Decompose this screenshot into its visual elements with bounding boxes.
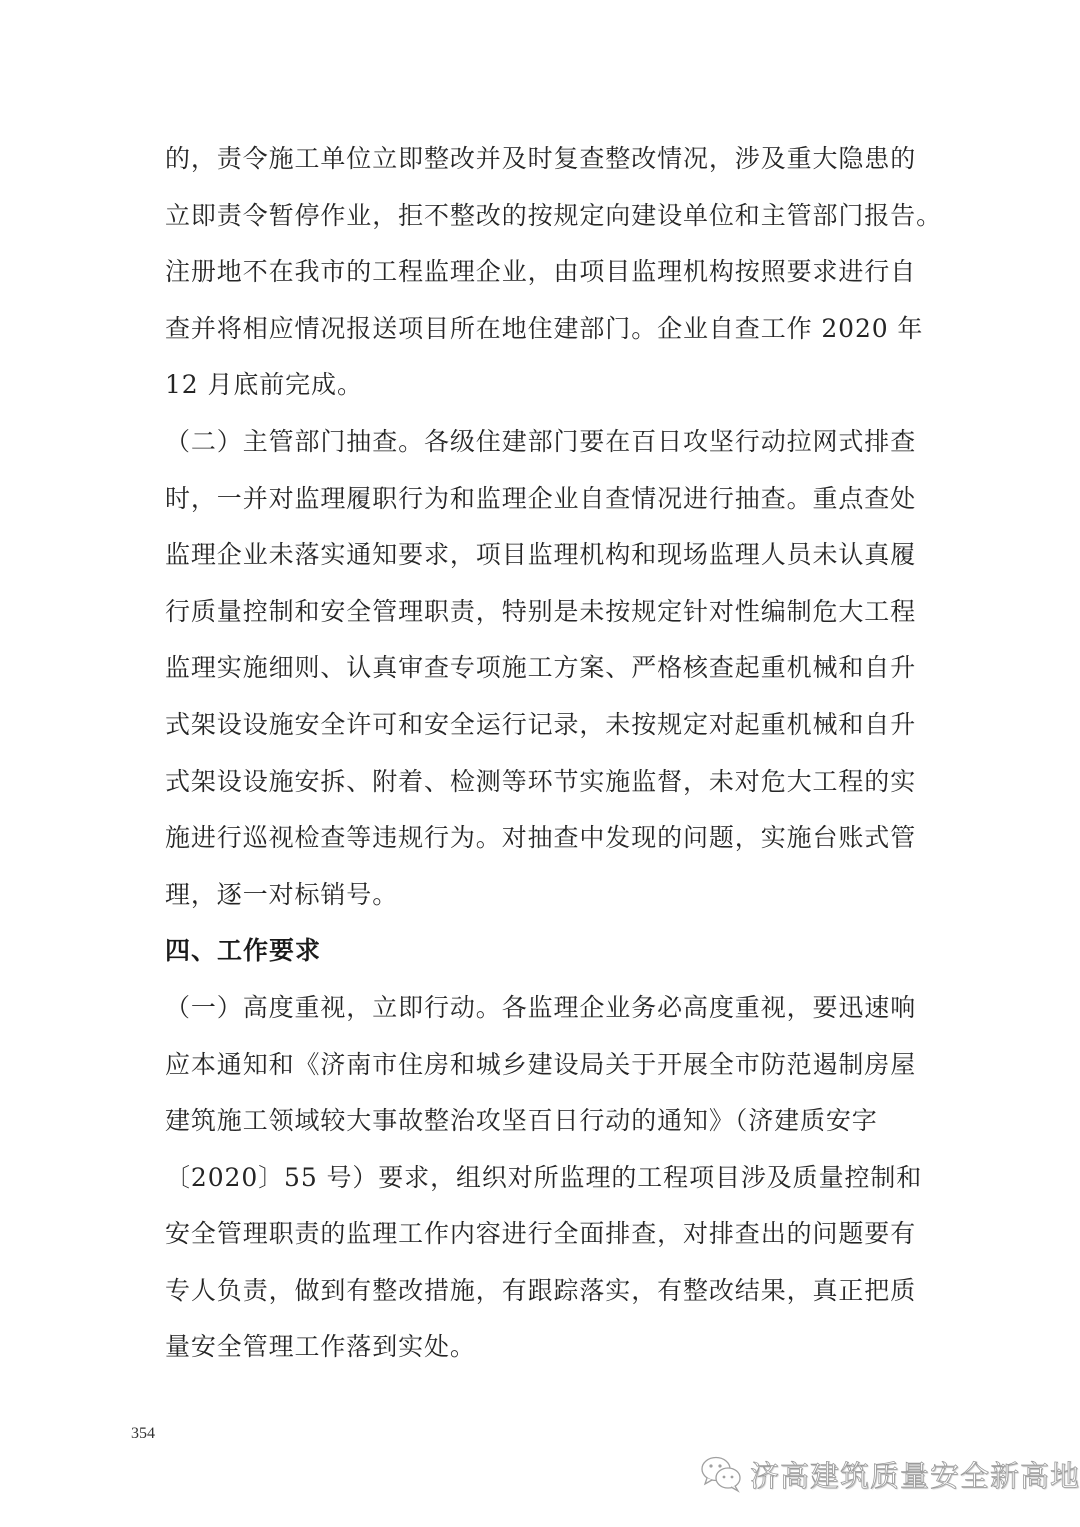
text-line: 安全管理职责的监理工作内容进行全面排查，对排查出的问题要有 — [165, 1206, 925, 1263]
text-line: （一）高度重视，立即行动。各监理企业务必高度重视，要迅速响 — [165, 980, 925, 1037]
text-line: 监理企业未落实通知要求，项目监理机构和现场监理人员未认真履 — [165, 527, 925, 584]
text-line: 理，逐一对标销号。 — [165, 867, 925, 924]
wechat-icon — [700, 1454, 744, 1494]
text-line: 建筑施工领域较大事故整治攻坚百日行动的通知》（济建质安字 — [165, 1093, 925, 1150]
text-line: 立即责令暂停作业，拒不整改的按规定向建设单位和主管部门报告。 — [165, 188, 925, 245]
watermark-text: 济高建筑质量安全新高地 — [750, 1454, 1080, 1495]
text-line: 时，一并对监理履职行为和监理企业自查情况进行抽查。重点查处 — [165, 471, 925, 528]
text-line: 量安全管理工作落到实处。 — [165, 1319, 925, 1376]
document-body: 的，责令施工单位立即整改并及时复查整改情况，涉及重大隐患的 立即责令暂停作业，拒… — [165, 131, 925, 1376]
text-line: 施进行巡视检查等违规行为。对抽查中发现的问题，实施台账式管 — [165, 810, 925, 867]
page-number: 354 — [131, 1425, 155, 1443]
document-page: 的，责令施工单位立即整改并及时复查整改情况，涉及重大隐患的 立即责令暂停作业，拒… — [0, 0, 1080, 1527]
watermark: 济高建筑质量安全新高地 — [700, 1452, 1080, 1496]
text-line: 式架设设施安全许可和安全运行记录，未按规定对起重机械和自升 — [165, 697, 925, 754]
text-line: 12 月底前完成。 — [165, 357, 925, 414]
text-line: 行质量控制和安全管理职责，特别是未按规定针对性编制危大工程 — [165, 584, 925, 641]
text-line: 专人负责，做到有整改措施，有跟踪落实，有整改结果，真正把质 — [165, 1263, 925, 1320]
text-line: 〔2020〕55 号）要求，组织对所监理的工程项目涉及质量控制和 — [165, 1150, 925, 1207]
text-line: 查并将相应情况报送项目所在地住建部门。企业自查工作 2020 年 — [165, 301, 925, 358]
text-line: 应本通知和《济南市住房和城乡建设局关于开展全市防范遏制房屋 — [165, 1037, 925, 1094]
text-line: 监理实施细则、认真审查专项施工方案、严格核查起重机械和自升 — [165, 640, 925, 697]
text-line: （二）主管部门抽查。各级住建部门要在百日攻坚行动拉网式排查 — [165, 414, 925, 471]
section-heading: 四、工作要求 — [165, 923, 925, 980]
text-line: 注册地不在我市的工程监理企业，由项目监理机构按照要求进行自 — [165, 244, 925, 301]
text-line: 的，责令施工单位立即整改并及时复查整改情况，涉及重大隐患的 — [165, 131, 925, 188]
text-line: 式架设设施安拆、附着、检测等环节实施监督，未对危大工程的实 — [165, 754, 925, 811]
